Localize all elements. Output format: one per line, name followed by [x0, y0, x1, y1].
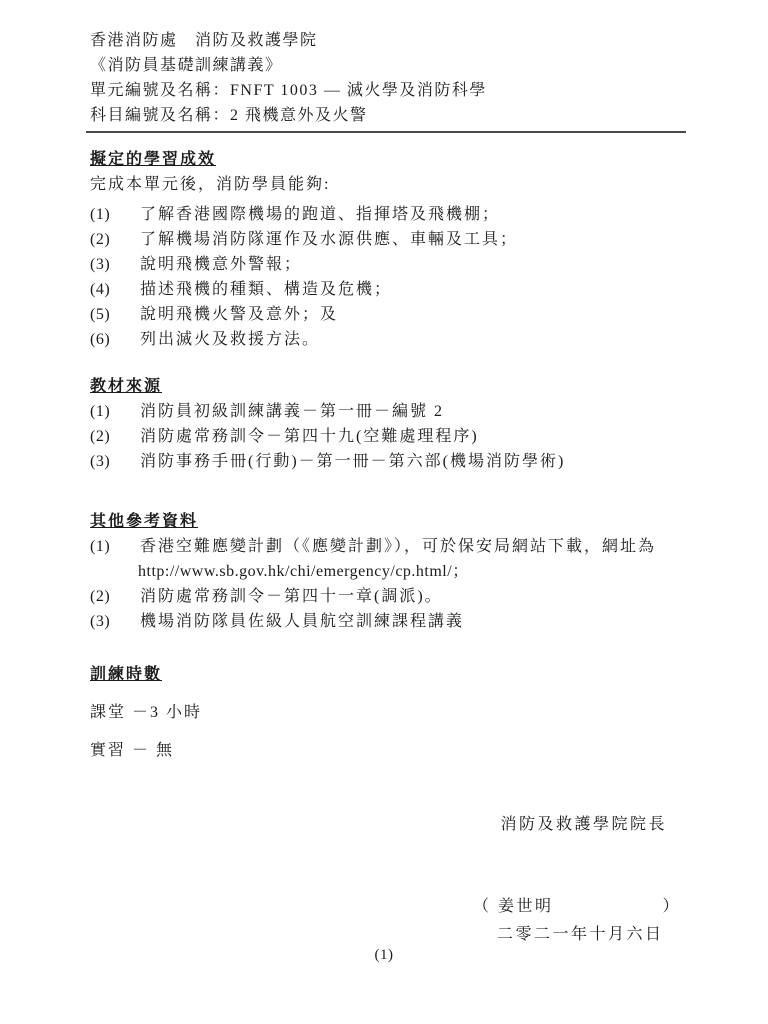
- document-page: 香港消防處 消防及救護學院 《消防員基礎訓練講義》 單元編號及名稱：FNFT 1…: [0, 0, 768, 1024]
- list-item: (4) 描述飛機的種類、構造及危機；: [90, 277, 688, 302]
- signature-close-paren: ）: [662, 894, 681, 919]
- list-item-number: (2): [90, 584, 140, 609]
- signature-role-title: 消防及救護學院院長: [500, 812, 667, 837]
- section-training-hours: 訓練時數 課堂 －3 小時 實習 － 無: [90, 662, 688, 763]
- list-item-number: (1): [90, 202, 140, 227]
- header-booklet-title: 《消防員基礎訓練講義》: [90, 53, 688, 78]
- page-number: (1): [0, 944, 768, 966]
- list-item: (5) 說明飛機火警及意外；及: [90, 302, 688, 327]
- section-other-references: 其他參考資料 (1) 香港空難應變計劃（《應變計劃》），可於保安局網站下載，網址…: [90, 509, 688, 634]
- signature-name: （ 姜世明: [473, 894, 554, 919]
- header-subject-line: 科目編號及名稱：2 飛機意外及火警: [90, 103, 688, 128]
- material-sources-list: (1) 消防員初級訓練講義－第一冊－編號 2 (2) 消防處常務訓令－第四十九(…: [90, 399, 688, 474]
- list-item-text: 消防員初級訓練講義－第一冊－編號 2: [140, 399, 688, 424]
- reference-text: 香港空難應變計劃（《應變計劃》），可於保安局網站下載，網址為: [140, 538, 656, 555]
- list-item: (3) 說明飛機意外警報；: [90, 252, 688, 277]
- learning-outcomes-title: 擬定的學習成效: [90, 147, 688, 172]
- list-item: (1) 了解香港國際機場的跑道、指揮塔及飛機棚；: [90, 202, 688, 227]
- list-item-number: (5): [90, 302, 140, 327]
- signature-name-line: （ 姜世明 ）: [473, 894, 681, 919]
- material-sources-title: 教材來源: [90, 374, 688, 399]
- reference-url: http://www.sb.gov.hk/chi/emergency/cp.ht…: [138, 559, 688, 584]
- list-item-text: 列出滅火及救援方法。: [140, 327, 688, 352]
- list-item: (6) 列出滅火及救援方法。: [90, 327, 688, 352]
- list-item-text: 機場消防隊員佐級人員航空訓練課程講義: [140, 609, 688, 634]
- document-header: 香港消防處 消防及救護學院 《消防員基礎訓練講義》 單元編號及名稱：FNFT 1…: [90, 28, 688, 128]
- list-item: (3) 消防事務手冊(行動)－第一冊－第六部(機場消防學術): [90, 449, 688, 474]
- list-item-text: 描述飛機的種類、構造及危機；: [140, 277, 688, 302]
- training-hours-title: 訓練時數: [90, 662, 688, 687]
- document-content: 香港消防處 消防及救護學院 《消防員基礎訓練講義》 單元編號及名稱：FNFT 1…: [90, 28, 688, 763]
- section-learning-outcomes: 擬定的學習成效 完成本單元後，消防學員能夠: (1) 了解香港國際機場的跑道、指…: [90, 147, 688, 352]
- list-item-text: 說明飛機火警及意外；及: [140, 302, 688, 327]
- list-item: (2) 了解機場消防隊運作及水源供應、車輛及工具；: [90, 227, 688, 252]
- header-module-line: 單元編號及名稱：FNFT 1003 — 滅火學及消防科學: [90, 78, 688, 103]
- learning-outcomes-list: (1) 了解香港國際機場的跑道、指揮塔及飛機棚； (2) 了解機場消防隊運作及水…: [90, 202, 688, 352]
- list-item: (3) 機場消防隊員佐級人員航空訓練課程講義: [90, 609, 688, 634]
- training-hours-practical: 實習 － 無: [90, 738, 688, 763]
- list-item: (1) 香港空難應變計劃（《應變計劃》），可於保安局網站下載，網址為 http:…: [90, 534, 688, 584]
- header-org-line: 香港消防處 消防及救護學院: [90, 28, 688, 53]
- list-item-text: 說明飛機意外警報；: [140, 252, 688, 277]
- list-item-text: 消防處常務訓令－第四十九(空難處理程序): [140, 424, 688, 449]
- other-references-title: 其他參考資料: [90, 509, 688, 534]
- list-item-number: (3): [90, 449, 140, 474]
- list-item-text: 香港空難應變計劃（《應變計劃》），可於保安局網站下載，網址為 http://ww…: [140, 534, 688, 584]
- list-item-text: 了解香港國際機場的跑道、指揮塔及飛機棚；: [140, 202, 688, 227]
- list-item-number: (3): [90, 252, 140, 277]
- section-material-sources: 教材來源 (1) 消防員初級訓練講義－第一冊－編號 2 (2) 消防處常務訓令－…: [90, 374, 688, 474]
- learning-outcomes-intro: 完成本單元後，消防學員能夠:: [90, 172, 688, 197]
- list-item-text: 消防處常務訓令－第四十一章(調派)。: [140, 584, 688, 609]
- other-references-list: (1) 香港空難應變計劃（《應變計劃》），可於保安局網站下載，網址為 http:…: [90, 534, 688, 634]
- training-hours-classroom: 課堂 －3 小時: [90, 700, 688, 725]
- list-item: (2) 消防處常務訓令－第四十九(空難處理程序): [90, 424, 688, 449]
- list-item-text: 消防事務手冊(行動)－第一冊－第六部(機場消防學術): [140, 449, 688, 474]
- list-item-text: 了解機場消防隊運作及水源供應、車輛及工具；: [140, 227, 688, 252]
- list-item-number: (6): [90, 327, 140, 352]
- list-item-number: (4): [90, 277, 140, 302]
- list-item-number: (2): [90, 227, 140, 252]
- header-divider: [86, 131, 686, 133]
- list-item: (1) 消防員初級訓練講義－第一冊－編號 2: [90, 399, 688, 424]
- list-item-number: (3): [90, 609, 140, 634]
- list-item: (2) 消防處常務訓令－第四十一章(調派)。: [90, 584, 688, 609]
- list-item-number: (1): [90, 534, 140, 584]
- list-item-number: (1): [90, 399, 140, 424]
- list-item-number: (2): [90, 424, 140, 449]
